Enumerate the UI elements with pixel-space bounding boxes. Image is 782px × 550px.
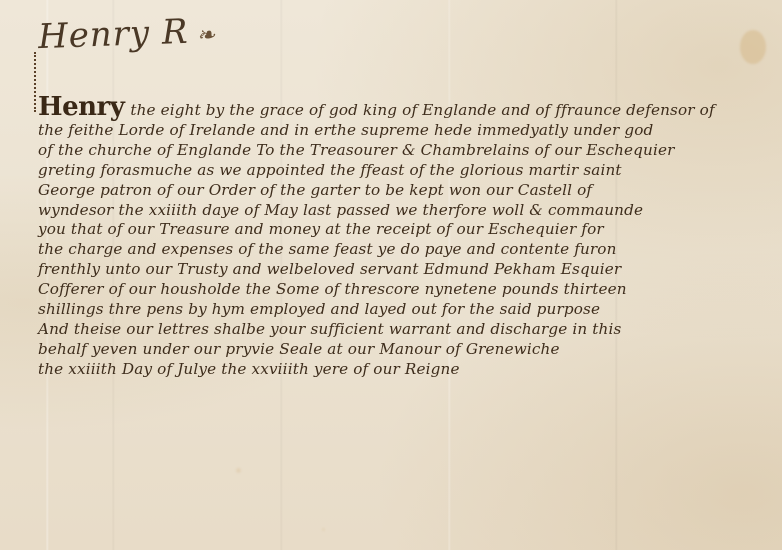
warrant-text: Henrythe eight by the grace of god king … [38,98,778,380]
paper-stain [322,528,325,531]
text-line: And theise our lettres shalbe your suffi… [38,320,778,340]
decorated-initial: Henry [38,92,124,122]
manuscript-page: Henry R❧ Henrythe eight by the grace of … [0,0,782,550]
text-line: of the churche of Englande To the Treaso… [38,141,778,161]
paper-stain [236,468,241,473]
text-line: the feithe Lorde of Irelande and in erth… [38,121,778,141]
text-line: greting forasmuche as we appointed the f… [38,161,778,181]
text-line: behalf yeven under our pryvie Seale at o… [38,340,778,360]
text-line: George patron of our Order of the garter… [38,181,778,201]
paper-stain [740,30,766,64]
sign-manual-text: Henry R [37,12,189,57]
sign-manual: Henry R❧ [37,11,216,57]
text-line: frenthly unto our Trusty and welbeloved … [38,260,778,280]
flourish-icon: ❧ [196,23,216,49]
text-line: Cofferer of our housholde the Some of th… [38,280,778,300]
text-line: Henrythe eight by the grace of god king … [38,98,778,121]
text-line: wyndesor the xxiiith daye of May last pa… [38,201,778,221]
text-line: you that of our Treasure and money at th… [38,220,778,240]
text-line: shillings thre pens by hym employed and … [38,300,778,320]
text-line: the xxiiith Day of Julye the xxviiith ye… [38,360,778,380]
text-line: the charge and expenses of the same feas… [38,240,778,260]
